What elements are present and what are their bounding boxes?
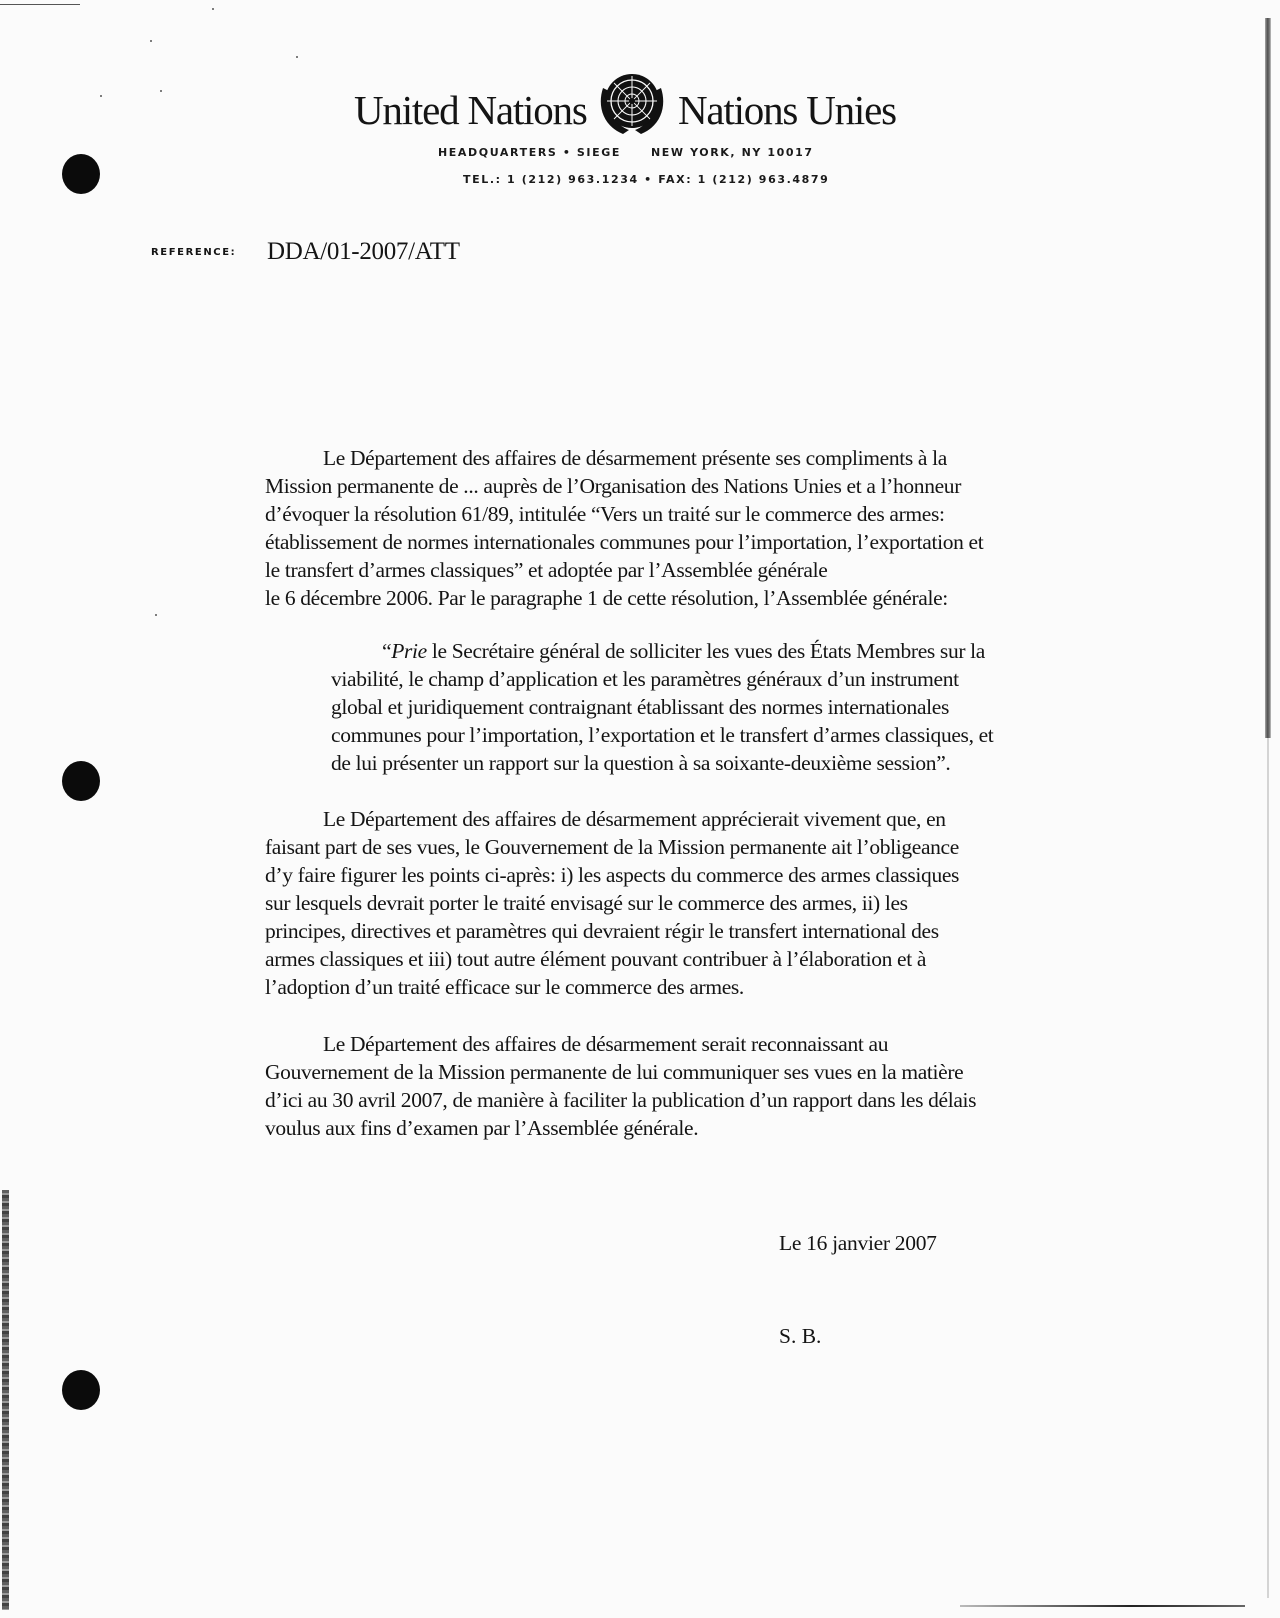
- reference-number: DDA/01-2007/ATT: [267, 238, 460, 266]
- punch-hole-icon: [62, 761, 100, 801]
- text-line: le 6 décembre 2006. Par le paragraphe 1 …: [265, 584, 983, 612]
- scan-speck: [212, 8, 214, 10]
- punch-hole-icon: [62, 1370, 100, 1410]
- scan-edge-right: [1265, 18, 1271, 738]
- text-line: “Prie le Secrétaire général de sollicite…: [331, 637, 993, 665]
- text-line: viabilité, le champ d’application et les…: [331, 665, 993, 693]
- letter-date: Le 16 janvier 2007: [779, 1231, 937, 1256]
- resolution-quote: “Prie le Secrétaire général de sollicite…: [331, 637, 993, 777]
- text-line: global et juridiquement contraignant éta…: [331, 693, 993, 721]
- org-name-french: Nations Unies: [678, 86, 896, 134]
- text-line: établissement de normes internationales …: [265, 528, 983, 556]
- text-line: voulus aux fins d’examen par l’Assemblée…: [265, 1114, 976, 1142]
- text-line: Le Département des affaires de désarmeme…: [265, 805, 959, 833]
- scan-edge-left: [2, 1190, 9, 1610]
- punch-hole-icon: [62, 154, 100, 194]
- text-line: Le Département des affaires de désarmeme…: [265, 444, 983, 472]
- text-line: le transfert d’armes classiques” et adop…: [265, 556, 983, 584]
- text-line: Gouvernement de la Mission permanente de…: [265, 1058, 976, 1086]
- letterhead: United Nations Nations Unies: [330, 68, 930, 138]
- text-line: Le Département des affaires de désarmeme…: [265, 1030, 976, 1058]
- text-line: de lui présenter un rapport sur la quest…: [331, 749, 993, 777]
- scan-speck: [100, 95, 102, 97]
- scan-speck: [160, 90, 162, 92]
- text-line: communes pour l’importation, l’exportati…: [331, 721, 993, 749]
- scan-speck: [296, 56, 298, 58]
- scan-speck: [155, 614, 157, 616]
- text-line: faisant part de ses vues, le Gouvernemen…: [265, 833, 959, 861]
- address-line-1: HEADQUARTERS • SIEGENEW YORK, NY 10017: [438, 146, 814, 159]
- text-line: principes, directives et paramètres qui …: [265, 917, 959, 945]
- text-line: Mission permanente de ... auprès de l’Or…: [265, 472, 983, 500]
- text-line: d’ici au 30 avril 2007, de manière à fac…: [265, 1086, 976, 1114]
- text-line: d’évoquer la résolution 61/89, intitulée…: [265, 500, 983, 528]
- scan-edge-line: [0, 4, 80, 5]
- paragraph-2: Le Département des affaires de désarmeme…: [265, 805, 959, 1001]
- city-address: NEW YORK, NY 10017: [651, 146, 814, 159]
- signature-initials: S. B.: [779, 1324, 821, 1349]
- scan-edge-right-lower: [1267, 738, 1269, 1598]
- un-emblem-icon: [593, 68, 671, 138]
- phone-fax-line: TEL.: 1 (212) 963.1234 • FAX: 1 (212) 96…: [463, 173, 829, 186]
- text-line: d’y faire figurer les points ci-après: i…: [265, 861, 959, 889]
- text-line: sur lesquels devrait porter le traité en…: [265, 889, 959, 917]
- paragraph-3: Le Département des affaires de désarmeme…: [265, 1030, 976, 1142]
- reference-label: REFERENCE:: [151, 247, 236, 258]
- org-name-english: United Nations: [354, 86, 587, 134]
- headquarters-label: HEADQUARTERS • SIEGE: [438, 146, 621, 159]
- italic-word: Prie: [391, 639, 427, 663]
- scan-edge-bottom: [960, 1605, 1245, 1607]
- scan-speck: [150, 40, 152, 42]
- paragraph-1: Le Département des affaires de désarmeme…: [265, 444, 983, 612]
- text-line: l’adoption d’un traité efficace sur le c…: [265, 973, 959, 1001]
- text-line: armes classiques et iii) tout autre élém…: [265, 945, 959, 973]
